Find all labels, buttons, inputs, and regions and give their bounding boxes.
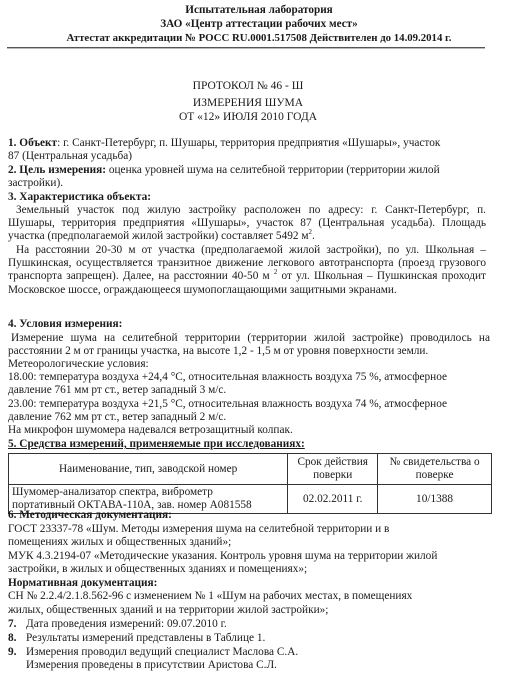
- protocol-subject: ИЗМЕРЕНИЯ ШУМА: [0, 96, 496, 111]
- section-results: 8.Результаты измерений представлены в Та…: [8, 632, 265, 645]
- meteo-label: Метеорологические условия:: [8, 358, 149, 371]
- lab-name: Испытательная лаборатория: [0, 3, 518, 17]
- meteo-2300-line2: давление 762 мм рт ст., ветер западный 2…: [8, 411, 226, 424]
- protocol-date: ОТ «12» ИЮЛЯ 2010 ГОДА: [0, 110, 496, 125]
- section-goal-text-cont: застройки).: [8, 177, 63, 190]
- table-header-row: Наименование, тип, заводской номер Срок …: [9, 454, 492, 485]
- accreditation-line: Аттестат аккредитации № РОСС RU.0001.517…: [0, 31, 518, 45]
- section-methods-label: 6. Методическая документация:: [8, 509, 172, 522]
- section-characteristics-para2: На расстоянии 20-30 м от участка (предпо…: [8, 244, 486, 297]
- section-instruments-label: 5. Средства измерений, применяемые при и…: [8, 438, 305, 451]
- company-name: ЗАО «Центр аттестации рабочих мест»: [0, 17, 518, 31]
- meteo-2300-line1: 23.00: температура воздуха +21,5 °С, отн…: [8, 398, 447, 411]
- sn-line1: СН № 2.2.4/2.1.8.562-96 с изменением № 1…: [8, 590, 412, 603]
- gost-line1: ГОСТ 23337-78 «Шум. Методы измерения шум…: [8, 523, 389, 536]
- section-goal: 2. Цель измерения: оценка уровней шума н…: [8, 164, 440, 177]
- section-date: 7.Дата проведения измерений: 09.07.2010 …: [8, 618, 227, 631]
- section-characteristics-label: 3. Характеристика объекта:: [8, 191, 151, 204]
- mic-note: На микрофон шумомера надевался ветрозащи…: [8, 424, 293, 437]
- instrument-certificate: 10/1388: [378, 485, 492, 514]
- section-characteristics-para1: Земельный участок под жилую застройку ра…: [8, 204, 486, 244]
- col-header-certificate: № свидетельства о поверке: [378, 454, 492, 485]
- section-object-text: : г. Санкт-Петербург, п. Шушары, террито…: [57, 137, 440, 149]
- instruments-table: Наименование, тип, заводской номер Срок …: [8, 453, 492, 514]
- section-object: 1. Объект: г. Санкт-Петербург, п. Шушары…: [8, 137, 440, 150]
- section-object-text-cont: 87 (Центральная усадьба): [8, 150, 132, 163]
- meteo-1800-line2: давление 761 мм рт ст., ветер западный 3…: [8, 384, 226, 397]
- col-header-validity: Срок действия поверки: [288, 454, 378, 485]
- sn-line2: жилых, общественных зданий и на территор…: [8, 604, 328, 617]
- instrument-valid-until: 02.02.2011 г.: [288, 485, 378, 514]
- muk-line1: МУК 4.3.2194-07 «Методические указания. …: [8, 550, 437, 563]
- section-performer: 9.Измерения проводил ведущий специалист …: [8, 646, 298, 659]
- protocol-number: ПРОТОКОЛ № 46 - Ш: [0, 79, 496, 94]
- protocol-page: Испытательная лаборатория ЗАО «Центр атт…: [0, 0, 518, 679]
- normative-label: Нормативная документация:: [8, 577, 157, 590]
- section-object-label: 1. Объект: [8, 137, 57, 149]
- gost-line2: помещениях жилых и общественных зданий»;: [8, 536, 231, 549]
- section-witness: Измерения проведены в присутствии Аристо…: [8, 659, 277, 672]
- col-header-name: Наименование, тип, заводской номер: [9, 454, 288, 485]
- section-conditions-label: 4. Условия измерения:: [8, 318, 122, 331]
- meteo-1800-line1: 18.00: температура воздуха +24,4 °С, отн…: [8, 371, 447, 384]
- section-goal-text: оценка уровней шума на селитебной террит…: [106, 164, 440, 176]
- section-goal-label: 2. Цель измерения:: [8, 164, 106, 176]
- header-divider: [7, 47, 485, 49]
- muk-line2: застройки, в жилых и общественных здания…: [8, 563, 307, 576]
- section-conditions-para: Измерение шума на селитебной территории …: [8, 332, 490, 358]
